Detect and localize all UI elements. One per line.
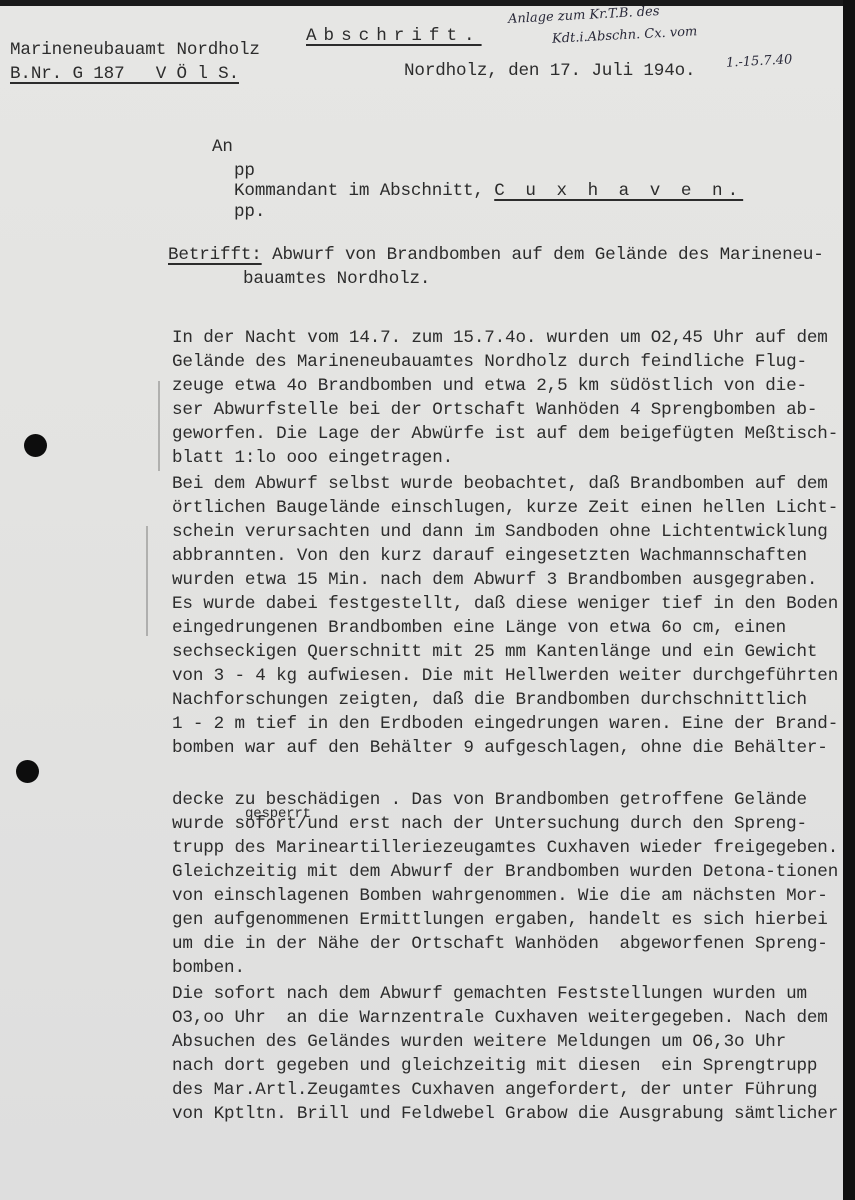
body-line: von Kptltn. Brill und Feldwebel Grabow d… xyxy=(172,1106,838,1124)
body-line: O3,oo Uhr an die Warnzentrale Cuxhaven w… xyxy=(172,1010,828,1028)
subject-label: Betrifft: xyxy=(168,245,262,265)
body-line: von einschlagenen Bomben wahrgenommen. W… xyxy=(172,888,828,906)
body-line: Absuchen des Geländes wurden weitere Mel… xyxy=(172,1034,786,1052)
body-line: blatt 1:lo ooo eingetragen. xyxy=(172,450,453,468)
recipient-an: An xyxy=(212,139,233,157)
body-line: abbrannten. Von den kurz darauf eingeset… xyxy=(172,548,807,566)
handwritten-note-line2: Kdt.i.Abschn. Cx. vom xyxy=(552,24,698,47)
punch-hole-bottom xyxy=(16,760,39,783)
body-line: eingedrungenen Brandbomben eine Länge vo… xyxy=(172,620,786,638)
place-date: Nordholz, den 17. Juli 194o. xyxy=(404,63,695,81)
body-line: decke zu beschädigen . Das von Brandbomb… xyxy=(172,792,807,810)
body-line: Es wurde dabei festgestellt, daß diese w… xyxy=(172,596,838,614)
body-line: gen aufgenommenen Ermittlungen ergaben, … xyxy=(172,912,828,930)
subject-line: Betrifft: Abwurf von Brandbomben auf dem… xyxy=(168,247,824,265)
punch-hole-top xyxy=(24,434,47,457)
body-line: zeuge etwa 4o Brandbomben und etwa 2,5 k… xyxy=(172,378,807,396)
body-line: wurde sofort/und erst nach der Untersuch… xyxy=(172,816,807,834)
body-line: nach dort gegeben und gleichzeitig mit d… xyxy=(172,1058,817,1076)
body-line: sechseckigen Querschnitt mit 25 mm Kante… xyxy=(172,644,817,662)
body-line: Gleichzeitig mit dem Abwurf der Brandbom… xyxy=(172,864,838,882)
document-title: Abschrift. xyxy=(306,28,482,46)
recipient-title: Kommandant im Abschnitt, xyxy=(234,181,484,201)
recipient-line: Kommandant im Abschnitt, C u x h a v e n… xyxy=(234,183,743,201)
body-line: In der Nacht vom 14.7. zum 15.7.4o. wurd… xyxy=(172,330,828,348)
sender-office: Marineneubauamt Nordholz xyxy=(10,42,260,60)
scan-edge xyxy=(843,0,855,1200)
recipient-city: C u x h a v e n. xyxy=(494,181,743,201)
body-line: Bei dem Abwurf selbst wurde beobachtet, … xyxy=(172,476,828,494)
body-line: schein verursachten und dann im Sandbode… xyxy=(172,524,828,542)
body-line: bomben war auf den Behälter 9 aufgeschla… xyxy=(172,740,828,758)
margin-pencil-line xyxy=(158,381,160,471)
body-line: 1 - 2 m tief in den Erdboden eingedrunge… xyxy=(172,716,838,734)
body-line: ser Abwurfstelle bei der Ortschaft Wanhö… xyxy=(172,402,817,420)
recipient-pp-end: pp. xyxy=(234,204,265,222)
body-line: örtlichen Baugelände einschlugen, kurze … xyxy=(172,500,838,518)
reference-number: B.Nr. G 187 V Ö l S. xyxy=(10,66,239,84)
body-line: Gelände des Marineneubauamtes Nordholz d… xyxy=(172,354,807,372)
handwritten-note-line3: 1.-15.7.40 xyxy=(726,52,793,70)
document-page: Abschrift. Anlage zum Kr.T.B. des Kdt.i.… xyxy=(0,6,843,1200)
body-line: von 3 - 4 kg aufwiesen. Die mit Hellwerd… xyxy=(172,668,838,686)
handwritten-note-line1: Anlage zum Kr.T.B. des xyxy=(508,6,660,27)
body-line: wurden etwa 15 Min. nach dem Abwurf 3 Br… xyxy=(172,572,817,590)
body-line: des Mar.Artl.Zeugamtes Cuxhaven angeford… xyxy=(172,1082,817,1100)
body-line: Nachforschungen zeigten, daß die Brandbo… xyxy=(172,692,807,710)
margin-pencil-line xyxy=(146,526,148,636)
body-line: geworfen. Die Lage der Abwürfe ist auf d… xyxy=(172,426,838,444)
body-line: trupp des Marineartilleriezeugamtes Cuxh… xyxy=(172,840,838,858)
subject-text-continued: bauamtes Nordholz. xyxy=(243,271,430,289)
body-line: Die sofort nach dem Abwurf gemachten Fes… xyxy=(172,986,807,1004)
subject-text: Abwurf von Brandbomben auf dem Gelände d… xyxy=(272,245,824,265)
body-line: bomben. xyxy=(172,960,245,978)
body-line: um die in der Nähe der Ortschaft Wanhöde… xyxy=(172,936,828,954)
recipient-pp: pp xyxy=(234,163,255,181)
